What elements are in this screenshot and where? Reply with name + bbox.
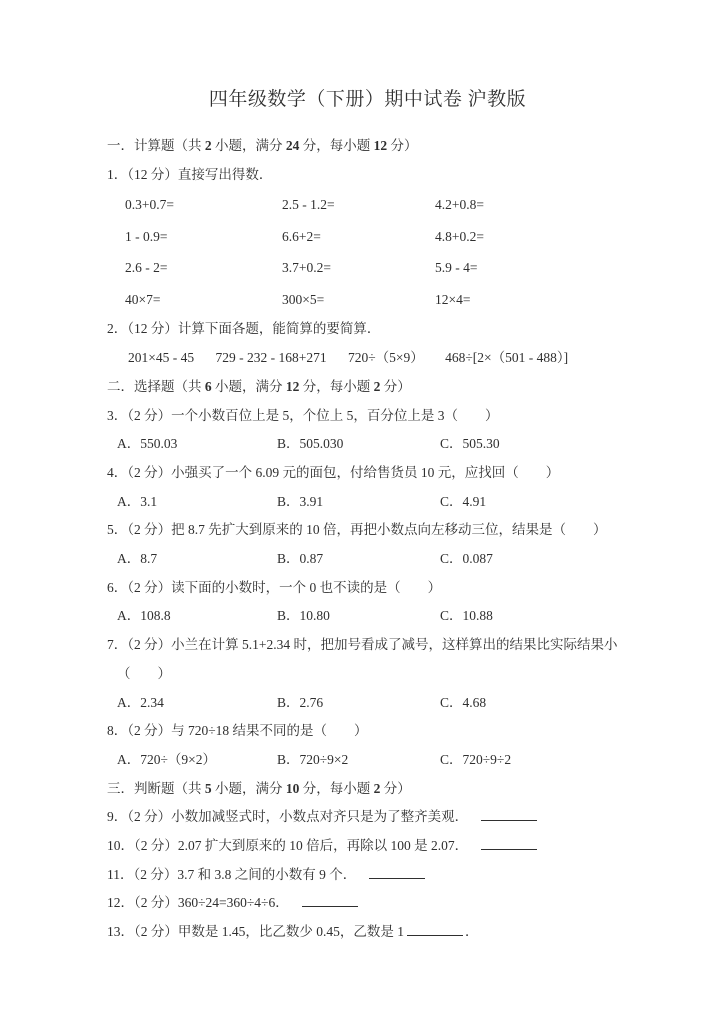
calc-cell: 4.8+0.2= <box>435 221 484 253</box>
question-9-text: 9．（2 分）小数加减竖式时，小数点对齐只是为了整齐美观． <box>107 809 468 824</box>
option-b: B．3.91 <box>277 488 440 517</box>
calc-grid: 0.3+0.7= 2.5 - 1.2= 4.2+0.8= 1 - 0.9= 6.… <box>107 189 628 315</box>
calc-row: 2.6 - 2= 3.7+0.2= 5.9 - 4= <box>107 252 628 284</box>
expression: 729 - 232 - 168+271 <box>215 350 326 365</box>
calc-cell: 6.6+2= <box>282 221 435 253</box>
question-13-text: 13．（2 分）甲数是 1.45，比乙数少 0.45，乙数是 1 <box>107 924 404 939</box>
question-9: 9．（2 分）小数加减竖式时，小数点对齐只是为了整齐美观． <box>107 803 628 832</box>
question-8-options: A．720÷（9×2） B．720÷9×2 C．720÷9÷2 <box>107 746 628 775</box>
question-4-options: A．3.1 B．3.91 C．4.91 <box>107 488 628 517</box>
page-title: 四年级数学（下册）期中试卷 沪教版 <box>107 84 628 111</box>
calc-cell: 4.2+0.8= <box>435 189 484 221</box>
section-3-heading: 三．判断题（共 5 小题，满分 10 分，每小题 2 分） <box>107 775 628 804</box>
calc-cell: 40×7= <box>125 284 282 316</box>
question-7-text: 7．（2 分）小兰在计算 5.1+2.34 时，把加号看成了减号，这样算出的结果… <box>107 631 628 660</box>
answer-blank <box>407 933 463 936</box>
calc-cell: 300×5= <box>282 284 435 316</box>
calc-cell: 2.6 - 2= <box>125 252 282 284</box>
option-b: B．720÷9×2 <box>277 746 440 775</box>
question-12: 12．（2 分）360÷24=360÷4÷6． <box>107 889 628 918</box>
question-13: 13．（2 分）甲数是 1.45，比乙数少 0.45，乙数是 1． <box>107 918 628 947</box>
calc-row: 1 - 0.9= 6.6+2= 4.8+0.2= <box>107 221 628 253</box>
option-a: A．550.03 <box>117 430 277 459</box>
option-b: B．505.030 <box>277 430 440 459</box>
question-12-text: 12．（2 分）360÷24=360÷4÷6． <box>107 895 289 910</box>
question-13-suffix: ． <box>465 924 479 939</box>
answer-blank <box>369 876 425 879</box>
calc-cell: 0.3+0.7= <box>125 189 282 221</box>
option-c: C．720÷9÷2 <box>440 746 511 775</box>
expression: 720÷（5×9） <box>348 350 424 365</box>
answer-blank <box>481 847 537 850</box>
question-5-text: 5．（2 分）把 8.7 先扩大到原来的 10 倍，再把小数点向左移动三位，结果… <box>107 516 628 545</box>
calc-cell: 5.9 - 4= <box>435 252 477 284</box>
q2-expressions: 201×45 - 45 729 - 232 - 168+271 720÷（5×9… <box>107 344 628 373</box>
section-2-heading: 二．选择题（共 6 小题，满分 12 分，每小题 2 分） <box>107 373 628 402</box>
option-a: A．3.1 <box>117 488 277 517</box>
option-c: C．10.88 <box>440 602 493 631</box>
option-a: A．8.7 <box>117 545 277 574</box>
option-c: C．4.91 <box>440 488 486 517</box>
option-b: B．0.87 <box>277 545 440 574</box>
question-8-text: 8．（2 分）与 720÷18 结果不同的是（ ） <box>107 717 628 746</box>
question-6-text: 6．（2 分）读下面的小数时，一个 0 也不读的是（ ） <box>107 574 628 603</box>
option-c: C．4.68 <box>440 689 486 718</box>
calc-cell: 1 - 0.9= <box>125 221 282 253</box>
question-2-label: 2．（12 分）计算下面各题，能简算的要简算． <box>107 315 628 344</box>
answer-blank <box>302 904 358 907</box>
calc-cell: 12×4= <box>435 284 470 316</box>
question-4-text: 4．（2 分）小强买了一个 6.09 元的面包，付给售货员 10 元，应找回（ … <box>107 459 628 488</box>
exam-page: 四年级数学（下册）期中试卷 沪教版 一．计算题（共 2 小题，满分 24 分，每… <box>0 0 724 1024</box>
question-3-text: 3．（2 分）一个小数百位上是 5，个位上 5，百分位上是 3（ ） <box>107 402 628 431</box>
option-b: B．2.76 <box>277 689 440 718</box>
answer-blank <box>481 818 537 821</box>
calc-row: 0.3+0.7= 2.5 - 1.2= 4.2+0.8= <box>107 189 628 221</box>
question-1-label: 1．（12 分）直接写出得数． <box>107 161 628 190</box>
question-10: 10．（2 分）2.07 扩大到原来的 10 倍后，再除以 100 是 2.07… <box>107 832 628 861</box>
expression: 468÷[2×（501 - 488）] <box>445 350 568 365</box>
expression: 201×45 - 45 <box>128 350 194 365</box>
option-a: A．108.8 <box>117 602 277 631</box>
question-11: 11．（2 分）3.7 和 3.8 之间的小数有 9 个． <box>107 861 628 890</box>
calc-cell: 3.7+0.2= <box>282 252 435 284</box>
option-a: A．720÷（9×2） <box>117 746 277 775</box>
calc-cell: 2.5 - 1.2= <box>282 189 435 221</box>
question-5-options: A．8.7 B．0.87 C．0.087 <box>107 545 628 574</box>
question-6-options: A．108.8 B．10.80 C．10.88 <box>107 602 628 631</box>
exam-content: 四年级数学（下册）期中试卷 沪教版 一．计算题（共 2 小题，满分 24 分，每… <box>0 0 724 947</box>
section-1-heading: 一．计算题（共 2 小题，满分 24 分，每小题 12 分） <box>107 132 628 161</box>
question-10-text: 10．（2 分）2.07 扩大到原来的 10 倍后，再除以 100 是 2.07… <box>107 838 468 853</box>
option-a: A．2.34 <box>117 689 277 718</box>
calc-row: 40×7= 300×5= 12×4= <box>107 284 628 316</box>
question-11-text: 11．（2 分）3.7 和 3.8 之间的小数有 9 个． <box>107 867 356 882</box>
question-7-options: A．2.34 B．2.76 C．4.68 <box>107 689 628 718</box>
option-c: C．505.30 <box>440 430 500 459</box>
question-3-options: A．550.03 B．505.030 C．505.30 <box>107 430 628 459</box>
option-c: C．0.087 <box>440 545 493 574</box>
question-7-paren: （ ） <box>107 660 628 689</box>
option-b: B．10.80 <box>277 602 440 631</box>
